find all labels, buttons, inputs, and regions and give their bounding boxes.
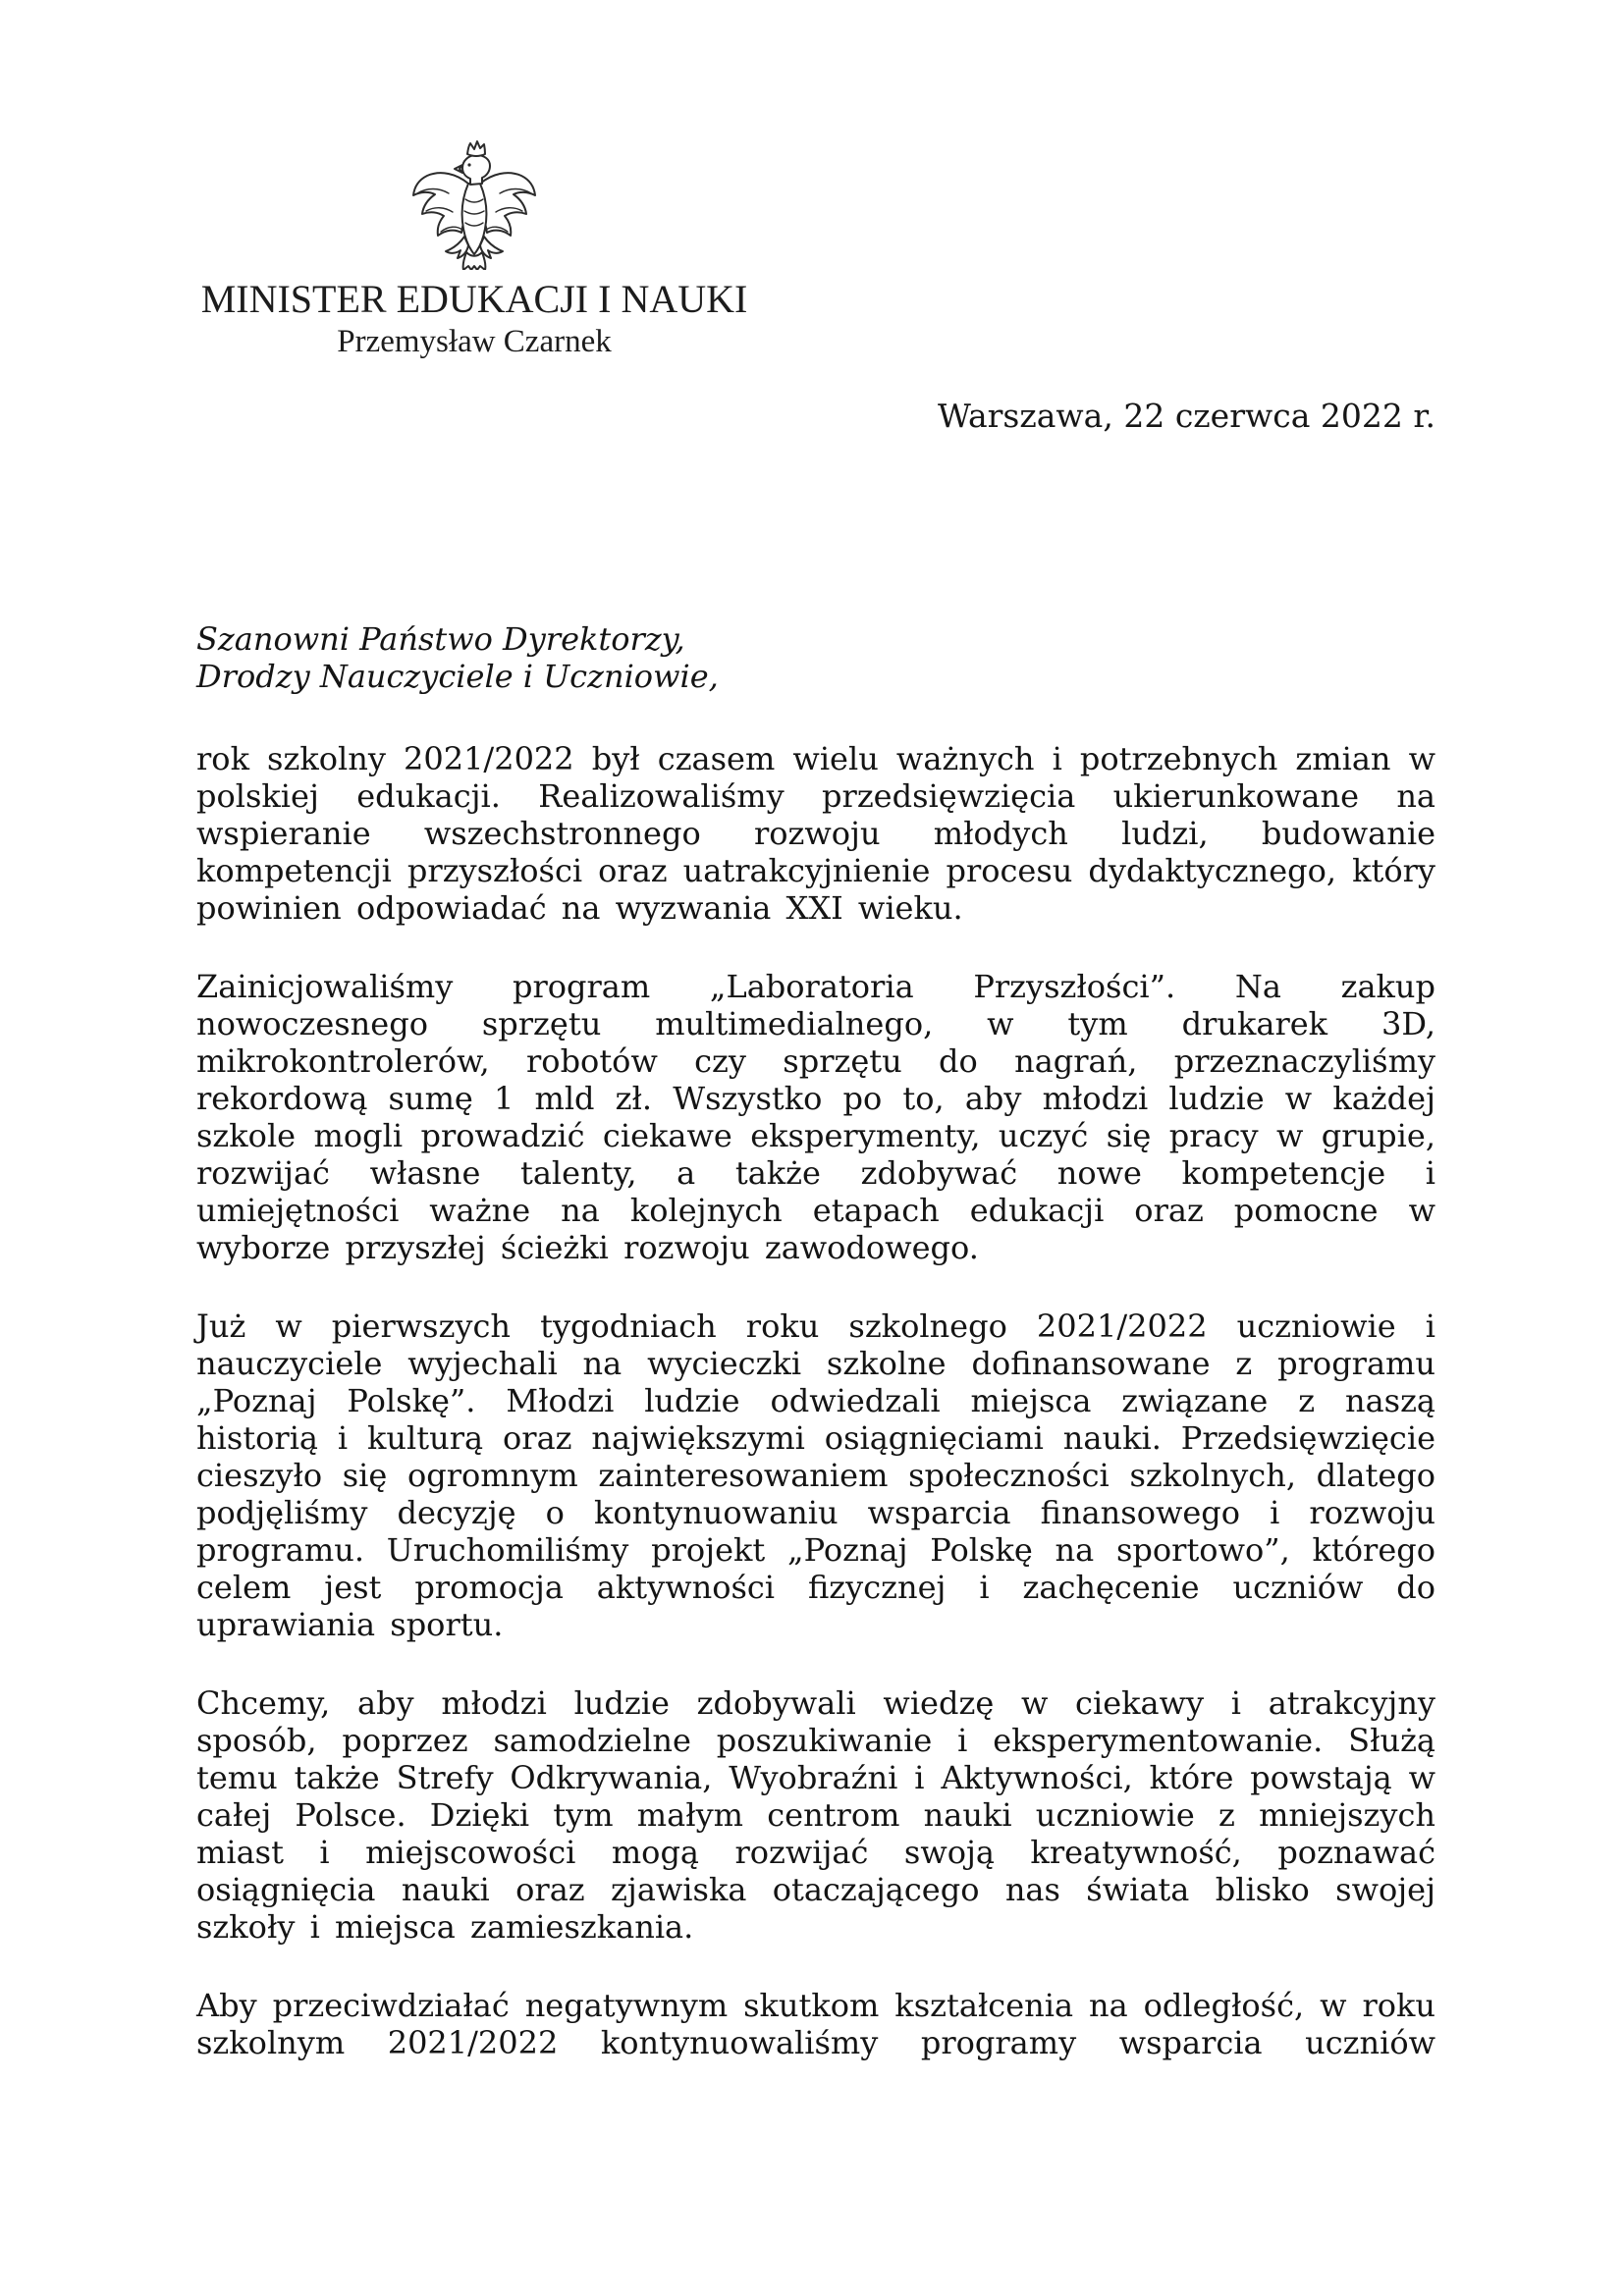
letterhead: MINISTER EDUKACJI I NAUKI Przemysław Cza… [165, 138, 784, 361]
salutation-line-1: Szanowni Państwo Dyrektorzy, [196, 620, 1435, 658]
salutation-line-2: Drodzy Nauczyciele i Uczniowie, [196, 658, 1435, 695]
minister-title: MINISTER EDUKACJI I NAUKI [165, 277, 784, 322]
eagle-emblem-icon [411, 138, 537, 270]
letter-paragraph: Chcemy, aby młodzi ludzie zdobywali wied… [196, 1684, 1435, 1946]
letter-paragraph: Zainicjowaliśmy program „Laboratoria Prz… [196, 968, 1435, 1266]
letter-paragraph: rok szkolny 2021/2022 był czasem wielu w… [196, 740, 1435, 927]
letter-paragraph: Już w pierwszych tygodniach roku szkolne… [196, 1308, 1435, 1643]
minister-name: Przemysław Czarnek [165, 322, 784, 361]
dateline: Warszawa, 22 czerwca 2022 r. [196, 397, 1435, 436]
letter-page: MINISTER EDUKACJI I NAUKI Przemysław Cza… [0, 0, 1624, 2296]
letter-body: Szanowni Państwo Dyrektorzy, Drodzy Nauc… [196, 620, 1435, 2061]
letter-paragraph: Aby przeciwdziałać negatywnym skutkom ks… [196, 1987, 1435, 2061]
